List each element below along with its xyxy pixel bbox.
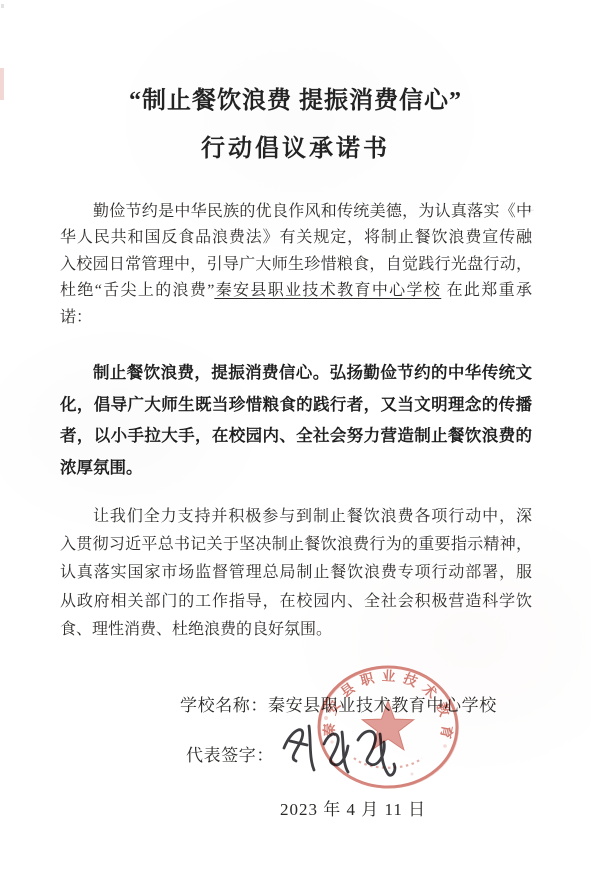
text-line: 入校园日常管理中，引导广大师生珍惜粮食，自觉践行光盘行动，: [60, 252, 532, 278]
paragraph-action: 让我们全力支持并积极参与到制止餐饮浪费各项行动中，深 入贯彻习近平总书记关于坚决…: [60, 503, 532, 644]
handwritten-signature: [276, 714, 404, 784]
text-line: 化，倡导广大师生既当珍惜粮食的践行者，又当文明理念的传播: [60, 390, 532, 422]
text-line: 入贯彻习近平总书记关于坚决制止餐饮浪费行为的重要指示精神，: [60, 531, 532, 559]
signature-label: 代表签字：: [186, 746, 274, 765]
school-name-underlined: 秦安县职业技术教育中心学校: [214, 282, 441, 299]
text-segment: 在此郑重承: [441, 282, 532, 299]
text-line: 者，以小手拉大手，在校园内、全社会努力营造制止餐饮浪费的: [60, 421, 532, 453]
signature-row: 代表签字：: [186, 741, 274, 766]
paragraph-pledge-bold: 制止餐饮浪费，提振消费信心。弘扬勤俭节约的中华传统文 化，倡导广大师生既当珍惜粮…: [60, 358, 532, 484]
document-date: 2023 年 4 月 11 日: [280, 795, 426, 820]
school-name-label: 学校名称：: [180, 696, 268, 715]
text-line: 从政府相关部门的工作指导，在校园内、全社会积极营造科学饮: [60, 588, 532, 616]
scan-edge-artifact: [0, 68, 4, 100]
scan-cross-artifact: +: [523, 200, 535, 223]
scan-dot-artifact: [1, 4, 4, 8]
text-line: 勤俭节约是中华民族的优良作风和传统美德，为认真落实《中: [60, 199, 532, 225]
text-line-with-school-name: 杜绝“舌尖上的浪费”秦安县职业技术教育中心学校 在此郑重承: [60, 278, 532, 304]
text-line: 让我们全力支持并积极参与到制止餐饮浪费各项行动中，深: [60, 503, 532, 531]
text-line: 认真落实国家市场监督管理总局制止餐饮浪费专项行动部署，服: [60, 559, 532, 587]
text-segment: 杜绝“舌尖上的浪费”: [60, 282, 214, 299]
document-title-line2: 行动倡议承诺书: [0, 128, 591, 163]
text-line: 华人民共和国反食品浪费法》有关规定，将制止餐饮浪费宣传融: [60, 225, 532, 251]
scanned-document: “制止餐饮浪费 提振消费信心” 行动倡议承诺书 勤俭节约是中华民族的优良作风和传…: [0, 0, 591, 886]
text-line: 诺：: [60, 305, 532, 331]
paragraph-intro: 勤俭节约是中华民族的优良作风和传统美德，为认真落实《中 华人民共和国反食品浪费法…: [60, 199, 532, 331]
document-title-line1: “制止餐饮浪费 提振消费信心”: [0, 80, 591, 115]
text-line: 食、理性消费、杜绝浪费的良好氛围。: [60, 616, 532, 644]
text-line: 浓厚氛围。: [60, 453, 532, 485]
text-line: 制止餐饮浪费，提振消费信心。弘扬勤俭节约的中华传统文: [60, 358, 532, 390]
